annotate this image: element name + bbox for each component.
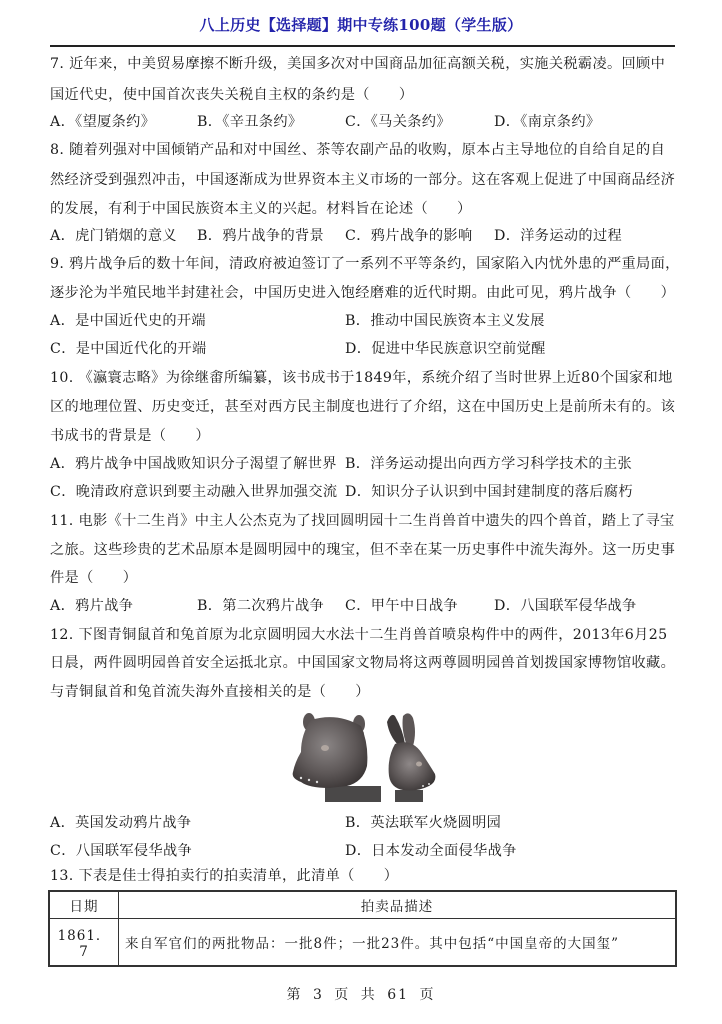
option-d[interactable]: D．《南京条约》 bbox=[494, 112, 600, 132]
question-text-line: 日晨，两件圆明园兽首安全运抵北京。中国国家文物局将这两尊圆明园兽首划拨国家博物馆… bbox=[50, 653, 680, 673]
question-text-line: 件是（ ） bbox=[50, 568, 680, 588]
rat-head-icon bbox=[293, 713, 368, 788]
header-divider bbox=[50, 45, 675, 47]
table-row: 1861．7 来自军官们的两批物品：一批8件；一批23件。其中包括“中国皇帝的大… bbox=[50, 918, 676, 965]
option-d[interactable]: D．促进中华民族意识空前觉醒 bbox=[345, 339, 546, 359]
option-b[interactable]: B．洋务运动提出向西方学习科学技术的主张 bbox=[345, 454, 632, 474]
rabbit-pedestal bbox=[395, 790, 423, 802]
option-b[interactable]: B．《辛丑条约》 bbox=[197, 112, 302, 132]
option-d[interactable]: D．洋务运动的过程 bbox=[494, 226, 622, 246]
question-text-line: 11. 电影《十二生肖》中主人公杰克为了找回圆明园十二生肖兽首中遗失的四个兽首，… bbox=[50, 511, 680, 531]
option-c[interactable]: C．晚清政府意识到要主动融入世界加强交流 bbox=[50, 482, 337, 502]
table-header-row: 日期 拍卖品描述 bbox=[50, 892, 676, 919]
question-text-line: 然经济受到强烈冲击，中国逐渐成为世界资本主义市场的一部分。这在客观上促进了中国商… bbox=[50, 170, 680, 190]
option-d[interactable]: D．知识分子认识到中国封建制度的落后腐朽 bbox=[345, 482, 633, 502]
option-d[interactable]: D．日本发动全面侵华战争 bbox=[345, 841, 517, 861]
question-text-line: 9. 鸦片战争后的数十年间，清政府被迫签订了一系列不平等条约，国家陷入内忧外患的… bbox=[50, 254, 680, 274]
option-c[interactable]: C．鸦片战争的影响 bbox=[345, 226, 473, 246]
table-header-description: 拍卖品描述 bbox=[119, 892, 676, 919]
option-c[interactable]: C．《马关条约》 bbox=[345, 112, 451, 132]
option-a[interactable]: A．虎门销烟的意义 bbox=[50, 226, 177, 246]
question-text-line: 10. 《瀛寰志略》为徐继畬所编纂，该书成书于1849年，系统介绍了当时世界上近… bbox=[50, 368, 680, 388]
table-header-date: 日期 bbox=[50, 892, 119, 919]
option-b[interactable]: B．推动中国民族资本主义发展 bbox=[345, 311, 545, 331]
option-a[interactable]: A．《望厦条约》 bbox=[50, 112, 155, 132]
option-a[interactable]: A．鸦片战争 bbox=[50, 596, 133, 616]
question-text-line: 13. 下表是佳士得拍卖行的拍卖清单，此清单（ ） bbox=[50, 866, 680, 886]
option-c[interactable]: C．八国联军侵华战争 bbox=[50, 841, 192, 861]
option-c[interactable]: C．甲午中日战争 bbox=[345, 596, 458, 616]
question-text-line: 与青铜鼠首和兔首流失海外直接相关的是（ ） bbox=[50, 682, 680, 702]
auction-table: 日期 拍卖品描述 1861．7 来自军官们的两批物品：一批8件；一批23件。其中… bbox=[48, 890, 677, 967]
bronze-heads-figure bbox=[287, 708, 440, 802]
option-b[interactable]: B．英法联军火烧圆明园 bbox=[345, 813, 501, 833]
question-text-line: 区的地理位置、历史变迁，甚至对西方民主制度也进行了介绍，这在中国历史上是前所未有… bbox=[50, 397, 680, 417]
option-c[interactable]: C．是中国近代化的开端 bbox=[50, 339, 207, 359]
option-a[interactable]: A．英国发动鸦片战争 bbox=[50, 813, 191, 833]
option-b[interactable]: B．鸦片战争的背景 bbox=[197, 226, 324, 246]
option-d[interactable]: D．八国联军侵华战争 bbox=[494, 596, 637, 616]
option-a[interactable]: A．是中国近代史的开端 bbox=[50, 311, 206, 331]
question-text-line: 书成书的背景是（ ） bbox=[50, 426, 680, 446]
question-text-line: 12. 下图青铜鼠首和兔首原为北京圆明园大水法十二生肖兽首喷泉构件中的两件，20… bbox=[50, 625, 680, 645]
table-cell-date: 1861．7 bbox=[50, 918, 119, 965]
question-text-line: 之旅。这些珍贵的艺术品原本是圆明园中的瑰宝，但不幸在某一历史事件中流失海外。这一… bbox=[50, 540, 680, 560]
question-text-line: 8. 随着列强对中国倾销产品和对中国丝、茶等农副产品的收购，原本占主导地位的自给… bbox=[50, 140, 680, 160]
question-text-line: 7. 近年来，中美贸易摩擦不断升级，美国多次对中国商品加征高额关税，实施关税霸凌… bbox=[50, 54, 680, 74]
page-number: 第 3 页 共 61 页 bbox=[0, 984, 722, 1004]
question-text-line: 逐步沦为半殖民地半封建社会，中国历史进入饱经磨难的近代时期。由此可见，鸦片战争（… bbox=[50, 283, 680, 303]
rabbit-head-icon bbox=[387, 713, 435, 790]
table-cell-description: 来自军官们的两批物品：一批8件；一批23件。其中包括“中国皇帝的大国玺” bbox=[119, 918, 676, 965]
question-text-line: 国近代史，使中国首次丧失关税自主权的条约是（ ） bbox=[50, 85, 680, 105]
option-b[interactable]: B．第二次鸦片战争 bbox=[197, 596, 324, 616]
bronze-rat-rabbit-heads-image bbox=[287, 708, 440, 802]
question-text-line: 的发展，有利于中国民族资本主义的兴起。材料旨在论述（ ） bbox=[50, 199, 680, 219]
option-a[interactable]: A．鸦片战争中国战败知识分子渴望了解世界 bbox=[50, 454, 337, 474]
document-header-title: 八上历史【选择题】期中专练100题（学生版） bbox=[0, 14, 722, 35]
rat-pedestal bbox=[325, 786, 381, 802]
